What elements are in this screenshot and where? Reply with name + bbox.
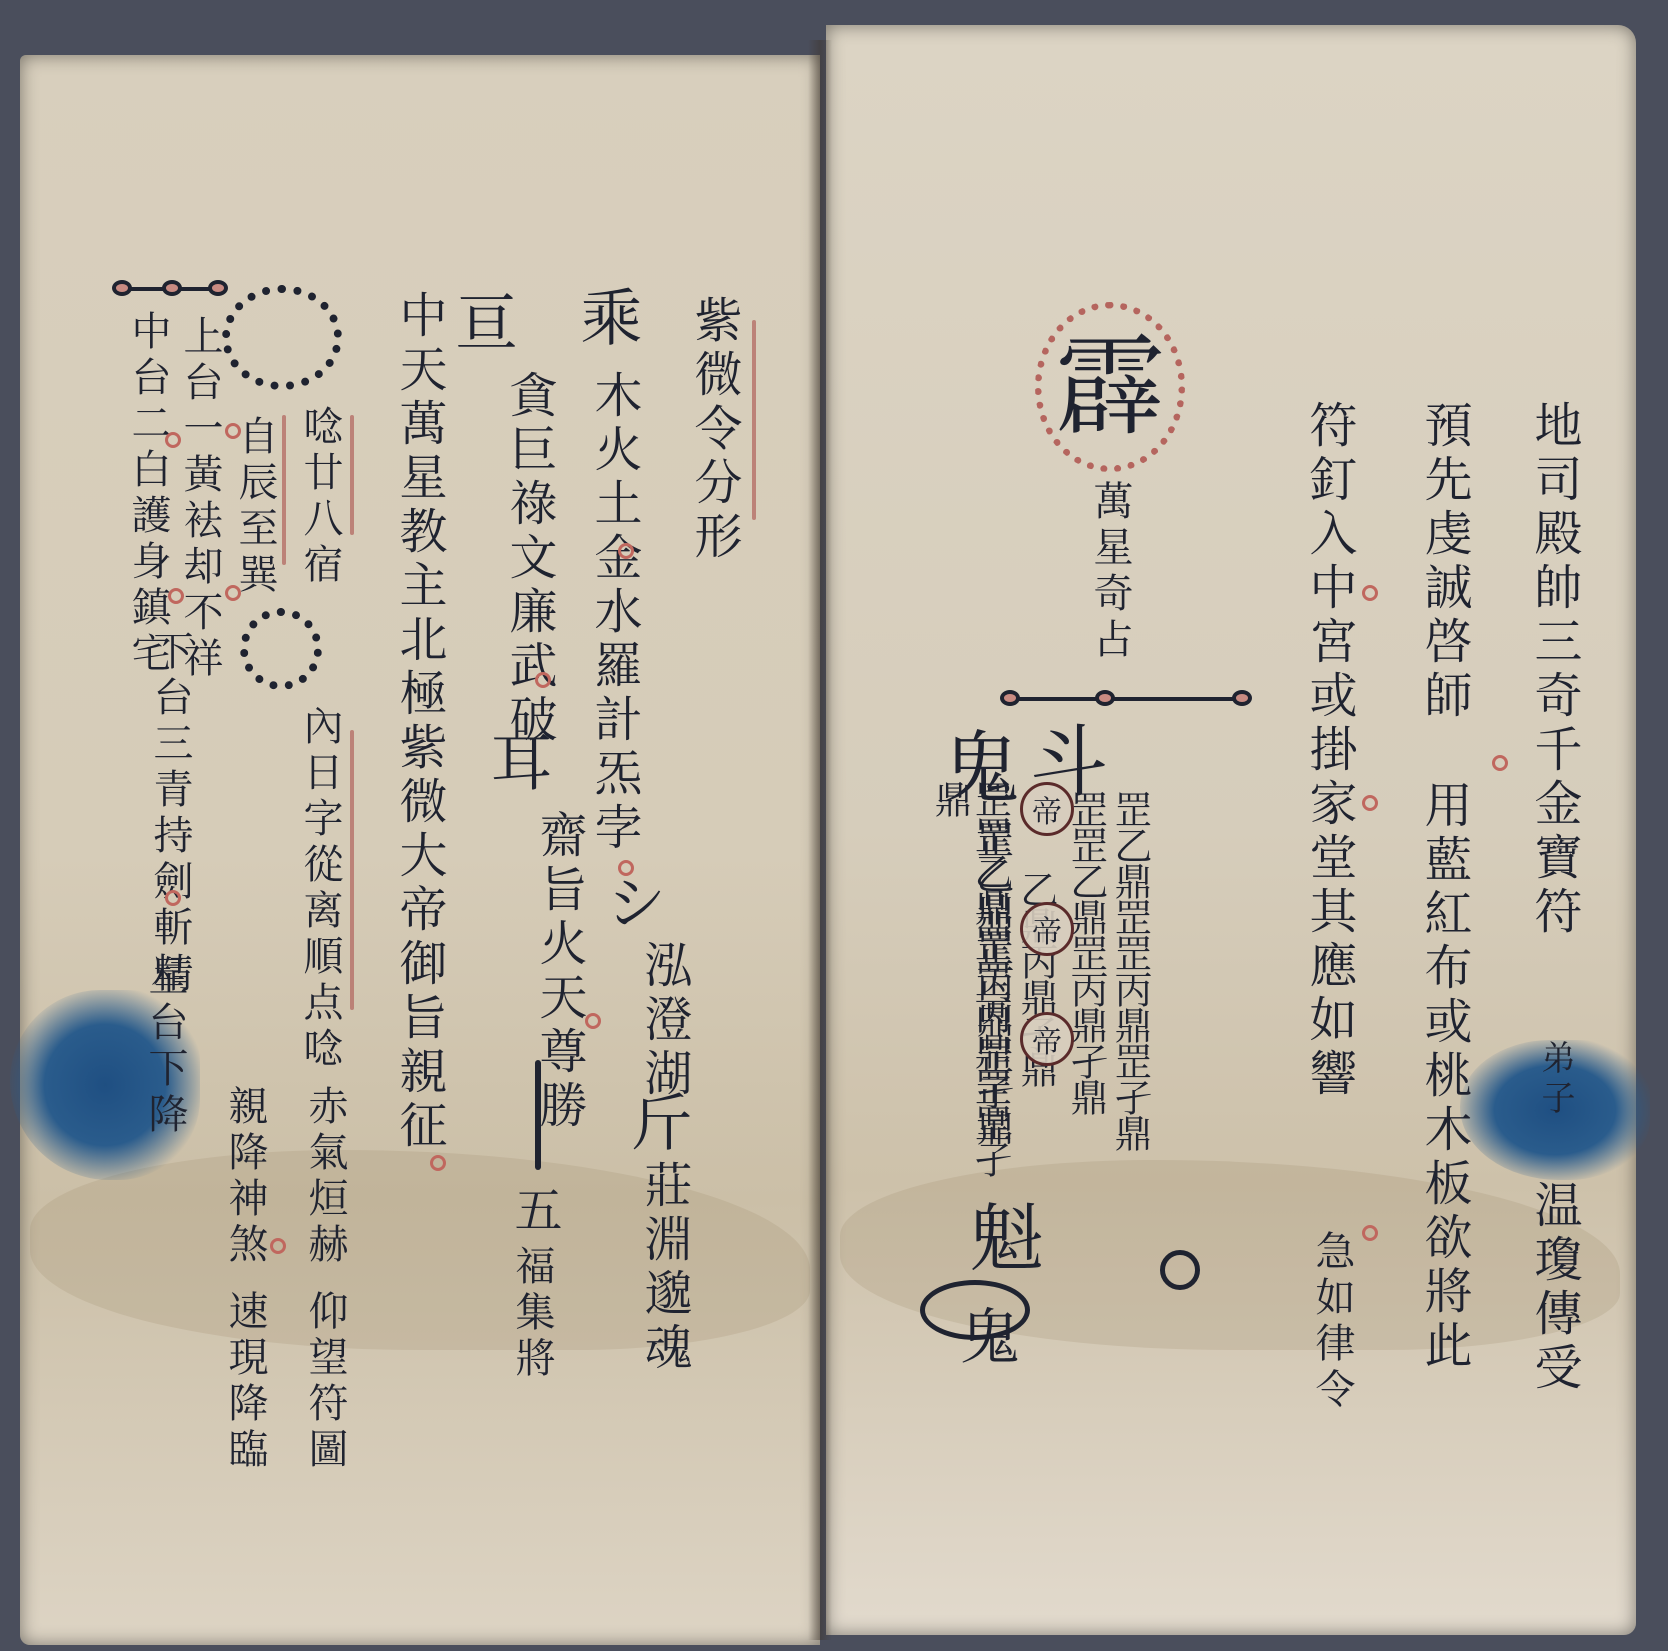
column-3-head: 亘: [450, 290, 512, 362]
vertical-stroke: [535, 1060, 541, 1170]
talisman-grid-col: 罡乙鼎罡罡丙鼎罡孑鼎: [1110, 790, 1150, 1210]
punctuation-dot: [585, 1013, 601, 1029]
column-2-tail2: 莊淵邈魂: [640, 1160, 688, 1376]
column-2-mark: 斤: [625, 1090, 687, 1162]
circled-di: 帝: [1020, 902, 1074, 956]
column-gaze-talisman: 仰望符圖: [305, 1290, 345, 1474]
column-lower-terrace: 下台三青持劍斬精: [150, 630, 190, 998]
column-28-mansions: 唸廿八宿: [300, 405, 340, 589]
column-ziwei-title: 紫微令分形: [690, 295, 738, 565]
column-3-tail: 齋旨火天尊勝: [535, 810, 583, 1134]
column-transmission: 温瓊傳受: [1530, 1180, 1578, 1396]
chain-node: [162, 280, 182, 296]
column-red-qi: 赤氣烜赫: [305, 1085, 345, 1269]
red-underline: [282, 415, 286, 565]
column-instructions-1a: 預先虔誠啓師: [1420, 400, 1468, 724]
column-title: 地司殿帥三奇千金寶符: [1530, 400, 1578, 940]
seal-caption: 萬星奇占: [1090, 480, 1130, 664]
column-3-mark: 耳: [485, 730, 547, 802]
circled-di: 帝: [1020, 782, 1074, 836]
punctuation-dot: [1362, 795, 1378, 811]
punctuation-dot: [1362, 585, 1378, 601]
column-descend-spirits: 親降神煞: [225, 1085, 265, 1269]
punctuation-dot: [618, 860, 634, 876]
column-2-planets: 木火土金水羅計炁孛: [590, 370, 638, 856]
column-recite-instruction: 內日字從离順点唸: [300, 705, 340, 1073]
punctuation-dot: [1492, 755, 1508, 771]
chain-node: [112, 280, 132, 296]
column-middle-terrace: 中台二白護身鎮宅: [128, 310, 168, 678]
talisman-foot-small: 鬼: [960, 1290, 1020, 1376]
punctuation-dot: [535, 672, 551, 688]
column-instructions-2b: 急如律令: [1312, 1230, 1352, 1414]
column-appear-quickly: 速現降臨: [225, 1290, 265, 1474]
column-2-head: 乘: [575, 285, 637, 357]
talisman-loop: [1160, 1250, 1200, 1290]
red-underline: [350, 415, 354, 535]
punctuation-dot: [225, 423, 241, 439]
red-underline: [350, 730, 354, 1010]
column-emperor-decree: 中天萬星教主北極紫微大帝御旨親征: [395, 290, 443, 1154]
dotted-circle-sun: [222, 285, 342, 390]
column-chen-xun: 自辰至巽: [235, 415, 275, 599]
talisman-diagram: 鬼 斗 罡罡乙鼎罡罡丙鼎罡罡孑鼎 罡乙鼎罡丙鼎罡孑鼎 乙鼎丙鼎孑鼎 罡罡乙鼎罡丙…: [930, 670, 1190, 1410]
column-star-terrace: 星台下降: [145, 955, 185, 1139]
dotted-circle-moon: [240, 608, 322, 690]
chain-node: [208, 280, 228, 296]
column-3-stars: 貪巨祿文廉武破: [505, 370, 553, 748]
column-3-blessing: 福集將: [512, 1245, 552, 1383]
column-instructions-1b: 用藍紅布或桃木板欲將此: [1420, 780, 1468, 1374]
punctuation-dot: [225, 585, 241, 601]
chain-node: [1232, 690, 1252, 706]
talisman-seal: 霹: [1035, 302, 1185, 472]
seal-glyph: 霹: [1055, 332, 1165, 442]
red-underline: [752, 320, 756, 520]
book-gutter: [808, 40, 832, 1640]
punctuation-dot: [270, 1238, 286, 1254]
talisman-grid-col: 罡罡乙鼎罡丙鼎孑鼎: [1066, 790, 1106, 1210]
column-2-tail: 泓澄湖: [640, 940, 688, 1102]
punctuation-dot: [165, 432, 181, 448]
punctuation-dot: [618, 543, 634, 559]
punctuation-dot: [1362, 1225, 1378, 1241]
punctuation-dot: [168, 588, 184, 604]
open-manuscript: 地司殿帥三奇千金寶符 弟子 温瓊傳受 預先虔誠啓師 用藍紅布或桃木板欲將此 符釘…: [0, 0, 1668, 1651]
talisman-grid-col: 罡乙鼎罡丙鼎罡孑鼎: [972, 820, 1012, 1220]
punctuation-dot: [430, 1155, 446, 1171]
punctuation-dot: [165, 890, 181, 906]
column-upper-terrace: 上台一黃袪却不祥: [180, 315, 220, 683]
column-title-note: 弟子: [1538, 1040, 1572, 1120]
column-instructions-2a: 符釘入中宮或掛家堂其應如響: [1305, 400, 1353, 1102]
column-3-five: 五: [510, 1185, 558, 1239]
column-2-mark: シ: [600, 870, 662, 942]
talisman-foot: 魁: [970, 1180, 1044, 1286]
circled-di: 帝: [1020, 1012, 1074, 1066]
